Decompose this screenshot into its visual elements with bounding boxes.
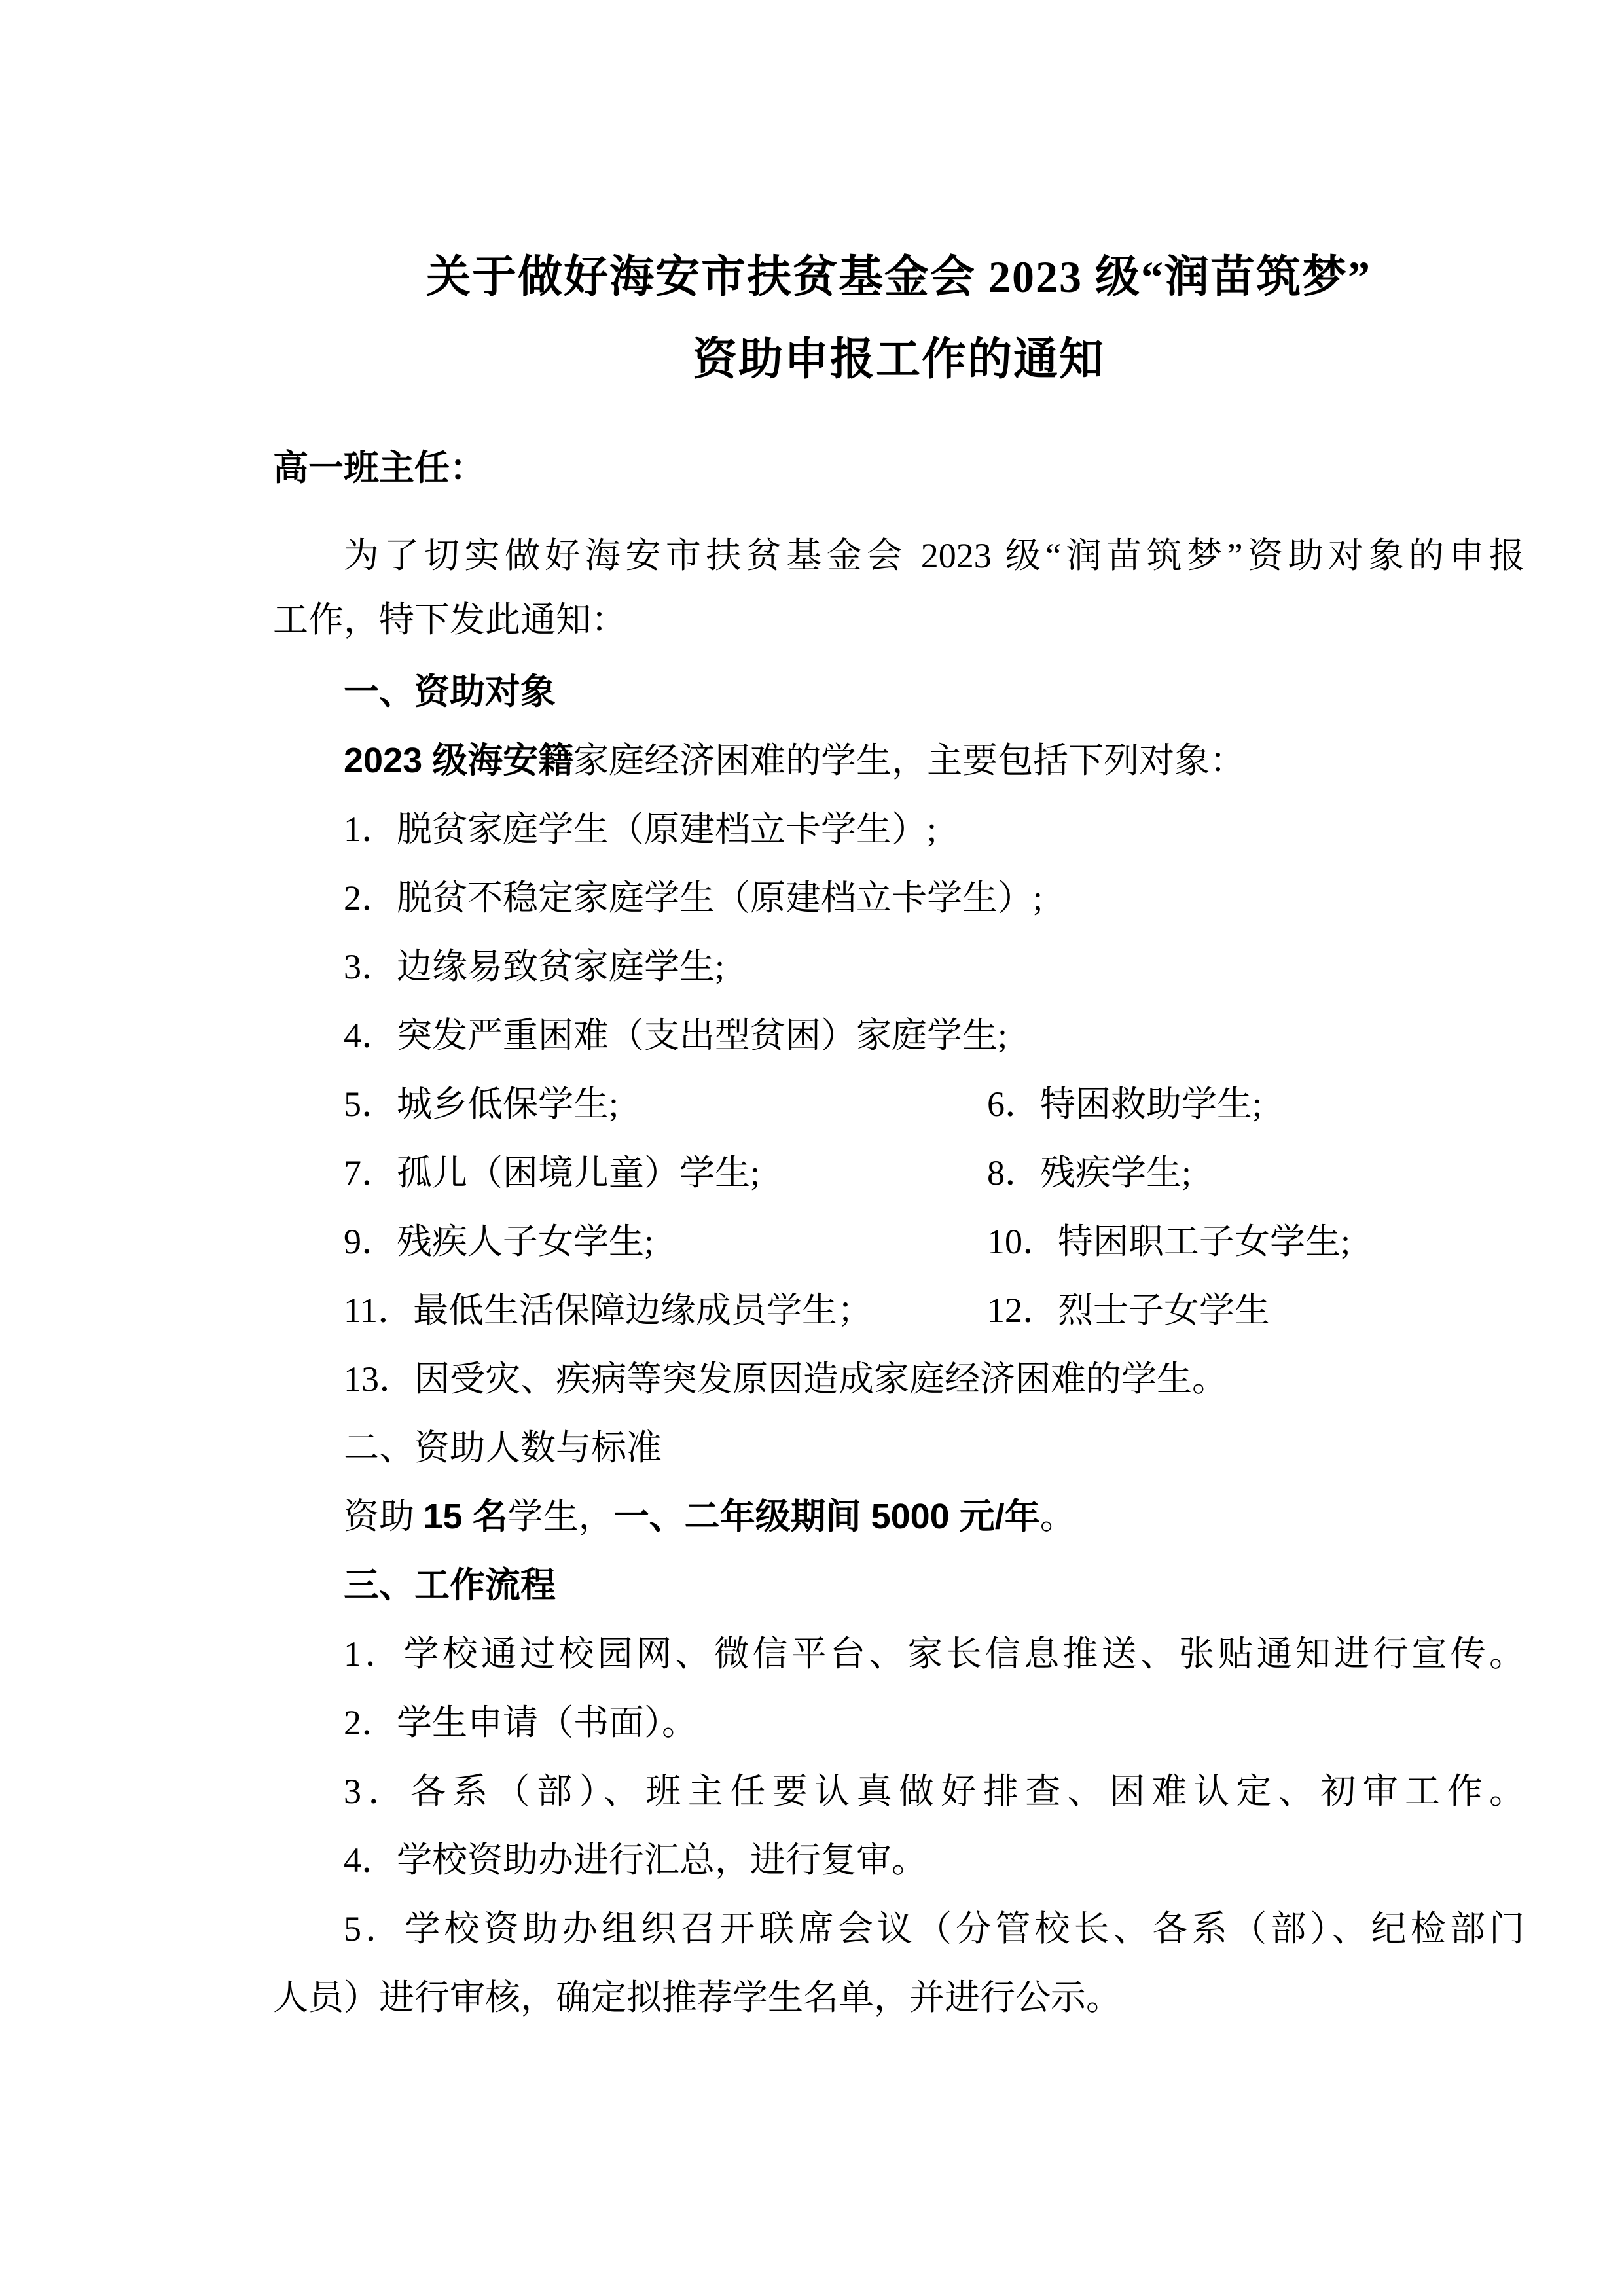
list-item-4: 4．突发严重困难（支出型贫困）家庭学生; (273, 1001, 1525, 1070)
list-item-7: 7．孤儿（困境儿童）学生; (344, 1153, 760, 1193)
salutation: 高一班主任： (273, 434, 1525, 503)
list-item-5: 5．城乡低保学生; (344, 1085, 619, 1124)
list-item-11: 11．最低生活保障边缘成员学生； (344, 1291, 873, 1330)
list-item-2: 2．脱贫不稳定家庭学生（原建档立卡学生）; (273, 864, 1525, 933)
list-item-13: 13．因受灾、疾病等突发原因造成家庭经济困难的学生。 (273, 1345, 1525, 1414)
standard-run-period: 。 (1040, 1497, 1075, 1536)
flow-item-2: 2．学生申请（书面）。 (273, 1689, 1525, 1757)
standard-run-regular: 资助 (344, 1497, 424, 1536)
list-item-8: 8．残疾学生; (987, 1139, 1191, 1208)
list-item-10: 10．特困职工子女学生; (987, 1208, 1350, 1276)
list-item-3: 3．边缘易致贫家庭学生; (273, 933, 1525, 1001)
section1-lead: 2023 级海安籍家庭经济困难的学生，主要包括下列对象： (273, 726, 1525, 795)
section1-lead-bold: 2023 级海安籍 (344, 741, 573, 780)
intro-line-2: 工作，特下发此通知： (273, 586, 1525, 655)
list-item-6: 6．特困救助学生; (987, 1070, 1262, 1139)
standard-run-amount: 一、二年级期间 5000 元/年 (614, 1497, 1040, 1536)
list-item-12: 12．烈士子女学生 (987, 1276, 1270, 1345)
document-page: 关于做好海安市扶贫基金会 2023 级“润苗筑梦” 资助申报工作的通知 高一班主… (0, 0, 1624, 2296)
section1-lead-rest: 家庭经济困难的学生，主要包括下列对象： (573, 741, 1245, 780)
standard-run-count: 15 名 (424, 1497, 508, 1536)
section1-heading: 一、资助对象 (273, 658, 1525, 726)
section2-heading: 二、资助人数与标准 (273, 1414, 1525, 1482)
flow-item-3: 3．各系（部）、班主任要认真做好排查、困难认定、初审工作。 (273, 1757, 1525, 1826)
document-title: 关于做好海安市扶贫基金会 2023 级“润苗筑梦” 资助申报工作的通知 (273, 236, 1525, 401)
flow-item-5-continuation: 人员）进行审核，确定拟推荐学生名单，并进行公示。 (273, 1964, 1525, 2032)
list-row-5-6: 5．城乡低保学生; 6．特困救助学生; (273, 1070, 1525, 1139)
title-line-2: 资助申报工作的通知 (273, 318, 1525, 401)
flow-item-4: 4．学校资助办进行汇总，进行复审。 (273, 1826, 1525, 1895)
section2-standard-line: 资助 15 名学生，一、二年级期间 5000 元/年。 (273, 1482, 1525, 1551)
list-item-9: 9．残疾人子女学生; (344, 1222, 654, 1261)
intro-line-1: 为了切实做好海安市扶贫基金会 2023 级“润苗筑梦”资助对象的申报 (273, 522, 1525, 590)
standard-run-regular-2: 学生， (508, 1497, 614, 1536)
section3-heading: 三、工作流程 (273, 1551, 1525, 1620)
flow-item-1: 1．学校通过校园网、微信平台、家长信息推送、张贴通知进行宣传。 (273, 1620, 1525, 1689)
flow-item-5: 5．学校资助办组织召开联席会议（分管校长、各系（部）、纪检部门 (273, 1895, 1525, 1964)
list-row-11-12: 11．最低生活保障边缘成员学生； 12．烈士子女学生 (273, 1276, 1525, 1345)
list-item-1: 1．脱贫家庭学生（原建档立卡学生）; (273, 795, 1525, 864)
list-row-7-8: 7．孤儿（困境儿童）学生; 8．残疾学生; (273, 1139, 1525, 1208)
list-row-9-10: 9．残疾人子女学生; 10．特困职工子女学生; (273, 1208, 1525, 1276)
title-line-1: 关于做好海安市扶贫基金会 2023 级“润苗筑梦” (273, 236, 1525, 318)
